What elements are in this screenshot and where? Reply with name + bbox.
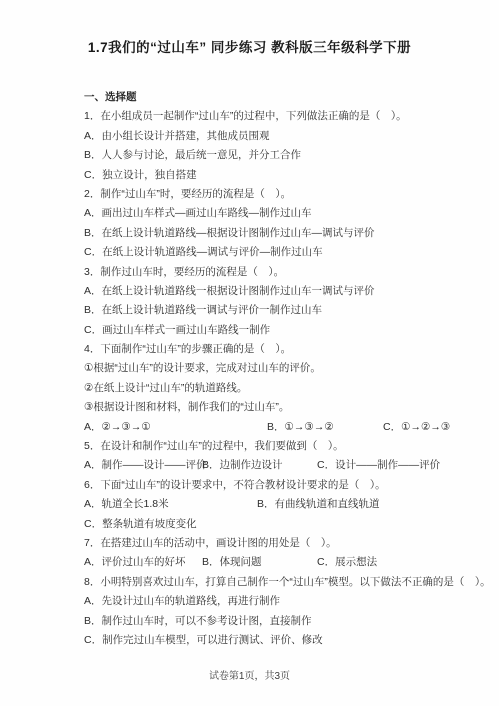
- question-6-option-a: A．轨道全长1.8米: [84, 495, 257, 514]
- question-4-stem: 4．下面制作“过山车”的步骤正确的是（ ）。: [84, 340, 469, 359]
- question-1-option-a: A．由小组长设计并搭建，其他成员围观: [84, 127, 469, 146]
- doc-title: 1.7我们的“过山车” 同步练习 教科版三年级科学下册: [10, 36, 489, 56]
- question-8-option-a: A．先设计过山车的轨道路线，再进行制作: [84, 592, 469, 611]
- question-7-option-c: C．展示想法: [317, 553, 377, 572]
- question-1-option-c: C．独立设计，独自搭建: [84, 166, 469, 185]
- question-5-option-a: A．制作——设计——评价: [84, 456, 202, 475]
- worksheet-body: 一、选择题 1．在小组成员一起制作“过山车”的过程中，下列做法正确的是（ ）。 …: [84, 88, 469, 650]
- question-4-step-3: ③根据设计图和材料，制作我们的“过山车”。: [84, 398, 469, 417]
- question-4-option-a: A．②→③→①: [84, 418, 267, 437]
- question-5-option-row: A．制作——设计——评价 B．边制作边设计 C．设计——制作——评价: [84, 456, 469, 475]
- page-footer: 试卷第1页，共3页: [0, 667, 499, 682]
- question-2-option-b: B．在纸上设计轨道路线—根据设计图制作过山车—调试与评价: [84, 224, 469, 243]
- question-4-step-1: ①根据“过山车”的设计要求，完成对过山车的评价。: [84, 359, 469, 378]
- question-5-option-c: C．设计——制作——评价: [317, 456, 440, 475]
- question-5-stem: 5．在设计和制作“过山车”的过程中，我们要做到（ ）。: [84, 437, 469, 456]
- question-3-option-c: C．画过山车样式一画过山车路线一制作: [84, 321, 469, 340]
- question-3-stem: 3．制作过山车时，要经历的流程是（ ）。: [84, 263, 469, 282]
- question-3-option-a: A．在纸上设计轨道路线一根据设计图制作过山车一调试与评价: [84, 282, 469, 301]
- question-1-stem: 1．在小组成员一起制作“过山车”的过程中，下列做法正确的是（ ）。: [84, 107, 469, 126]
- question-2-stem: 2．制作“过山车”时，要经历的流程是（ ）。: [84, 185, 469, 204]
- question-4-option-c: C．①→②→③: [383, 418, 450, 437]
- question-4-option-b: B．①→③→②: [267, 418, 383, 437]
- question-4-option-row: A．②→③→① B．①→③→② C．①→②→③: [84, 418, 469, 437]
- question-7-stem: 7．在搭建过山车的活动中，画设计图的用处是（ ）。: [84, 534, 469, 553]
- question-8-option-c: C．制作完过山车模型，可以进行测试、评价、修改: [84, 631, 469, 650]
- question-8-stem: 8．小明特别喜欢过山车，打算自己制作一个“过山车”模型。以下做法不正确的是（ ）…: [84, 573, 469, 592]
- question-2-option-c: C．在纸上设计轨道路线—调试与评价—制作过山车: [84, 243, 469, 262]
- question-6-option-row: A．轨道全长1.8米 B．有曲线轨道和直线轨道: [84, 495, 469, 514]
- section-heading: 一、选择题: [84, 88, 469, 107]
- question-7-option-row: A．评价过山车的好坏 B．体现问题 C．展示想法: [84, 553, 469, 572]
- worksheet-page: 1.7我们的“过山车” 同步练习 教科版三年级科学下册 一、选择题 1．在小组成…: [0, 0, 499, 706]
- question-6-option-c: C．整条轨道有坡度变化: [84, 515, 469, 534]
- question-1-option-b: B．人人参与讨论，最后统一意见，并分工合作: [84, 146, 469, 165]
- question-5-option-b: B．边制作边设计: [202, 456, 317, 475]
- question-7-option-a: A．评价过山车的好坏: [84, 553, 202, 572]
- question-8-option-b: B．制作过山车时，可以不参考设计图，直接制作: [84, 612, 469, 631]
- question-4-step-2: ②在纸上设计“过山车”的轨道路线。: [84, 379, 469, 398]
- question-7-option-b: B．体现问题: [202, 553, 317, 572]
- question-6-option-b: B．有曲线轨道和直线轨道: [257, 495, 380, 514]
- question-2-option-a: A．画出过山车样式—画过山车路线—制作过山车: [84, 204, 469, 223]
- question-6-stem: 6．下面“过山车”的设计要求中，不符合教材设计要求的是（ ）。: [84, 476, 469, 495]
- question-3-option-b: B．在纸上设计轨道路线一调试与评价一制作过山车: [84, 301, 469, 320]
